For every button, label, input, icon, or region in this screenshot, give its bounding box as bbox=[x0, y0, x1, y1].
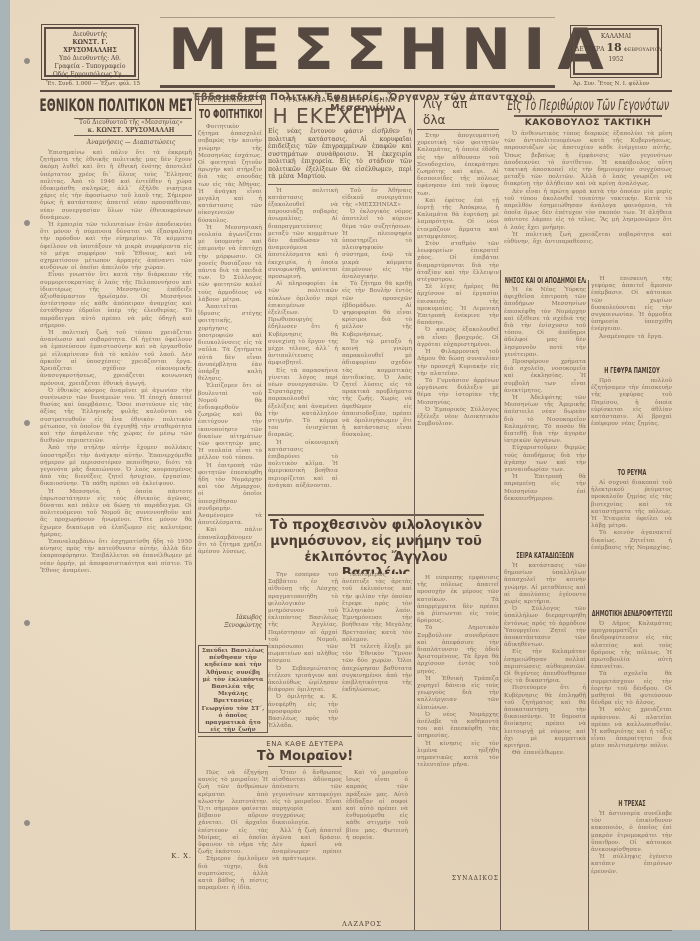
article-tactics: Εἰς Τὸ Περιθώριον Τῶν Γεγονότων ΚΑΚΟΒΟΥΛ… bbox=[504, 96, 672, 272]
headline: ΤΟ ΦΟΙΤΗΤΙΚΟΝ bbox=[199, 107, 261, 121]
masthead-title: ΜΕΣΣΗΝΙΑ bbox=[168, 20, 553, 81]
headline: Τὸ Μοιραῖον! bbox=[198, 748, 412, 765]
column-divider bbox=[588, 280, 589, 930]
side-column-left: ΝΗΣΟΣ ΚΑΙ ΟΙ ΑΠΟΔΗΜΟΙ ΕΛΛΗΝΕΣ Ἡ ἐκ Νέας … bbox=[504, 276, 586, 930]
kicker: ΕΝΑ ΚΑΘΕ ΔΕΥΤΕΡΑ bbox=[198, 740, 412, 748]
publisher-label: Διευθυντής bbox=[46, 31, 134, 39]
masthead-rule bbox=[160, 85, 555, 88]
year: 1952 bbox=[575, 56, 657, 64]
article-body: Ἐπισημαίνω καὶ πάλιν ὅτι τὰ ἐκκρεμῆ ζητή… bbox=[40, 150, 192, 850]
headline: ΕΘΝΙΚΟΝ ΠΟΛΙΤΙΚΟΝ ΜΕΤΩΠΟΝ bbox=[40, 96, 191, 116]
headline-line: ἐκλιπόντος Ἄγγλου Βασιλέως bbox=[268, 550, 484, 574]
boxed-note: Σπεύδει Βασιλέως πένθησαν τὴν κηδείαν κα… bbox=[198, 645, 268, 733]
headline-persecutions: ΣΕΙΡΑ ΚΑΤΑΔΙΩΞΕΩΝ bbox=[505, 551, 586, 561]
weekday: ΔΕΥΤΕΡΑ bbox=[575, 46, 604, 53]
column-divider bbox=[265, 95, 266, 640]
subhead: ΚΑΚΟΒΟΥΛΟΣ ΤΑΚΤΙΚΗ bbox=[504, 118, 672, 128]
article-moirai: ΕΝΑ ΚΑΘΕ ΔΕΥΤΕΡΑ Τὸ Μοιραῖον! Πῶς νὰ ἐξη… bbox=[198, 736, 412, 930]
date-line: ΔΕΥΤΕΡΑ 18 ΦΕΒΡΟΥΑΡΙΟΥ bbox=[575, 44, 657, 54]
headline: Η ΕΚΕΧΕΙΡΙΑ bbox=[268, 104, 412, 128]
signature: ΛΑΖΑΡΟΣ bbox=[198, 920, 382, 928]
month: ΦΕΒΡΟΥΑΡΙΟΥ bbox=[624, 47, 663, 53]
article-body: Ὁ ἀνθενωτικὸς τύπος διαρκῶς ἐξαπολύει τὰ… bbox=[504, 131, 672, 271]
publisher-name: ΚΩΝΣΤ. Γ. ΧΡΥΣΟΜΑΛΛΗΣ bbox=[46, 39, 134, 55]
headline-trexas: Η ΤΡΕΧΑΣ bbox=[598, 799, 666, 809]
article-body-col2: Τοῦ ἐν Ἀθήναις εἰδικοῦ συνεργάτου τῆς «Μ… bbox=[342, 188, 412, 507]
day-number: 18 bbox=[606, 41, 621, 54]
date-box: ΚΑΛΑΜΑΙ ΔΕΥΤΕΡΑ 18 ΦΕΒΡΟΥΑΡΙΟΥ 1952 bbox=[573, 28, 659, 75]
header-divider bbox=[40, 90, 672, 92]
office-label: Γραφεία - Τυπογραφείο bbox=[46, 63, 134, 71]
boxed-note-text: Σπεύδει Βασιλέως πένθησαν τὴν κηδείαν κα… bbox=[201, 648, 265, 733]
byline: Τοῦ Διευθυντοῦ τῆς «Μεσσηνίας» bbox=[70, 119, 192, 127]
binder-hole-icon bbox=[24, 58, 30, 64]
article-student: ΜΕΣΣΗΝΙΑΚΑ ΤΟ ΦΟΙΤΗΤΙΚΟΝ Φοιτητικὸν ζήτη… bbox=[198, 96, 262, 636]
issue-note: Ἀρ. Συν. Ἔτος Ν. Ι. φύλλον bbox=[573, 81, 649, 87]
binder-hole-icon bbox=[24, 220, 30, 226]
headline-line: Τὸ προχθεσινὸν φιλολογικὸν bbox=[268, 518, 484, 534]
binder-hole-icon bbox=[24, 620, 30, 626]
publisher-info-box: Διευθυντής ΚΩΝΣΤ. Γ. ΧΡΥΣΟΜΑΛΛΗΣ Υπό Διε… bbox=[44, 27, 136, 77]
subscription-note: Ἔτ. Συνδ. 1.000 — Ἐξωτ. φύλ. 15 bbox=[46, 81, 140, 87]
binder-hole-icon bbox=[24, 420, 30, 426]
office-address: Οδός Ερμουπόλεως Υγ... bbox=[46, 71, 134, 79]
column-divider bbox=[500, 270, 501, 930]
signature: Κ. Χ. bbox=[40, 852, 192, 860]
article-truce: ΓΡΑΜΜΑΤΑ ΑΠΟ ΤΗΝ ΑΘΗΝΑ Η ΕΚΕΧΕΙΡΙΑ Εἰς ν… bbox=[268, 96, 412, 506]
article-body: Φοιτητικὸν ζήτημα ἀπασχολεῖ σοβαρῶς τὴν … bbox=[198, 124, 262, 614]
article-memorial-body: Τὴν ἑσπέραν τοῦ Σαββάτου ἐν τῇ αἰθούσῃ τ… bbox=[268, 572, 414, 732]
article-body-col1: Ἡ πολιτικὴ κατάστασις ἐξακολουθεῖ νὰ παρ… bbox=[268, 188, 338, 507]
side-column-right: Ἡ ἐπισκευὴ τῆς γεφύρας ἀπαιτεῖ ἄμεσον ἐπ… bbox=[591, 276, 672, 930]
headline-line: μνημόσυνον, εἰς μνήμην τοῦ bbox=[268, 534, 484, 550]
headline-tree-planting: ΔΗΜΟΤΙΚΗ ΔΕΝΔΡΟΦΥΤΕΥΣΙΣ bbox=[592, 609, 672, 619]
article-memorial-headline: Τὸ προχθεσινὸν φιλολογικὸν μνημόσυνον, ε… bbox=[268, 514, 484, 574]
signature: ΣΥΝΑΔΙΚΟΣ bbox=[417, 875, 499, 882]
headline-diaspora: ΝΗΣΟΣ ΚΑΙ ΟΙ ΑΠΟΔΗΜΟΙ ΕΛΛΗΝΕΣ bbox=[505, 276, 586, 285]
binder-hole-icon bbox=[24, 820, 30, 826]
column-divider bbox=[195, 95, 196, 930]
headline-pamisos-bridge: Η ΓΕΦΥΡΑ ΠΑΜΙΣΟΥ bbox=[598, 366, 666, 376]
headline: Εἰς Τὸ Περιθώριον Τῶν Γεγονότων bbox=[507, 96, 668, 114]
kicker: ΜΕΣΣΗΝΙΑΚΑ bbox=[198, 96, 262, 105]
city-label: ΚΑΛΑΜΑΙ bbox=[575, 33, 657, 41]
subhead: Ἀναμνήσεις — Διαπιστώσεις bbox=[70, 139, 192, 147]
deputy-director: Υπό Διευθυντής: Αθ. bbox=[46, 55, 134, 63]
article-continued: Η εὐπρεπὴς ἐμφάνισις τῆς πόλεως ἀπαιτεῖ … bbox=[417, 575, 499, 930]
page-bottom-rule bbox=[40, 930, 672, 931]
newspaper-page: Διευθυντής ΚΩΝΣΤ. Γ. ΧΡΥΣΟΜΑΛΛΗΣ Υπό Διε… bbox=[10, 0, 700, 930]
headline-electricity: ΤΟ ΡΕΥΜΑ bbox=[598, 468, 666, 478]
lede: Εἰς νέας ἔντονον φάσιν εἰσῆλθεν ἡ πολιτι… bbox=[268, 128, 412, 181]
author: κ. ΚΩΝΣΤ. ΧΡΥΣΟΜΑΛΛΗ bbox=[70, 127, 192, 135]
column-divider bbox=[414, 95, 415, 930]
signature: Ιάκωβος Ξενοφώντης bbox=[198, 614, 262, 630]
article-national-policy: ΕΘΝΙΚΟΝ ΠΟΛΙΤΙΚΟΝ ΜΕΤΩΠΟΝ Τοῦ Διευθυντοῦ… bbox=[40, 96, 192, 930]
kicker: ΓΡΑΜΜΑΤΑ ΑΠΟ ΤΗΝ ΑΘΗΝΑ bbox=[268, 96, 412, 104]
